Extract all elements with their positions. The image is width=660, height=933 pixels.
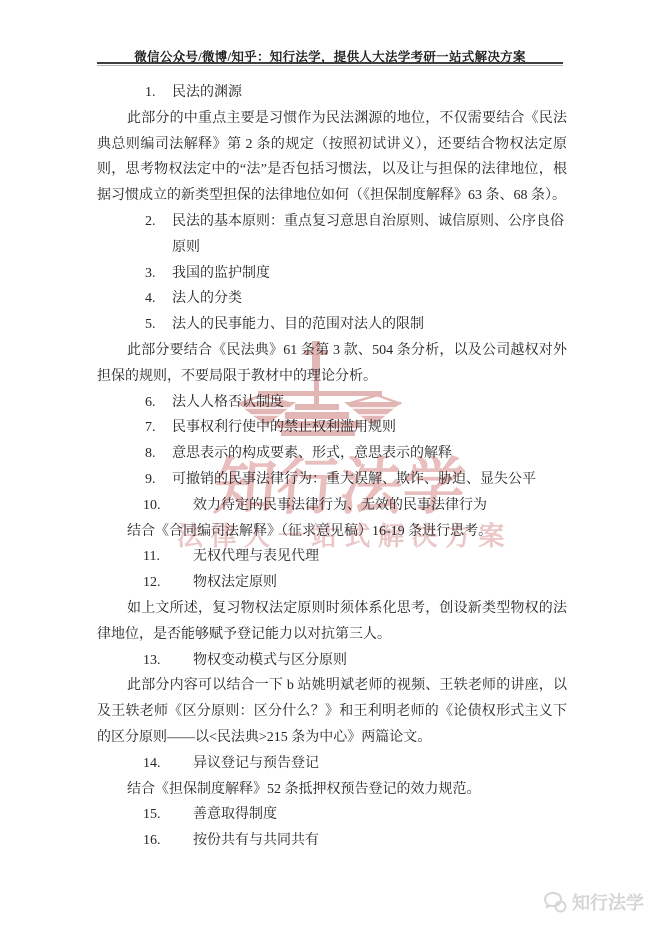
list-item: 5.法人的民事能力、目的范围对法人的限制 <box>97 312 567 338</box>
header-rule <box>97 62 563 64</box>
list-item: 10.效力待定的民事法律行为、无效的民事法律行为 <box>97 493 567 519</box>
list-text: 按份共有与共同共有 <box>193 833 319 848</box>
list-text: 法人的分类 <box>172 291 242 306</box>
chat-bubbles-icon <box>543 891 567 913</box>
list-number: 6. <box>145 390 156 416</box>
list-number: 9. <box>145 467 156 493</box>
list-number: 4. <box>145 286 156 312</box>
list-item: 7.民事权利行使中的禁止权利滥用规则 <box>97 415 567 441</box>
list-number: 13. <box>143 648 161 674</box>
list-item: 15.善意取得制度 <box>97 802 567 828</box>
list-item: 16.按份共有与共同共有 <box>97 828 567 854</box>
list-number: 2. <box>145 209 156 235</box>
list-text: 效力待定的民事法律行为、无效的民事法律行为 <box>193 498 487 513</box>
list-item: 9.可撤销的民事法律行为：重大误解、欺诈、胁迫、显失公平 <box>97 467 567 493</box>
list-text: 民法的基本原则：重点复习意思自治原则、诚信原则、公序良俗原则 <box>172 214 564 255</box>
list-text: 法人人格否认制度 <box>172 395 284 410</box>
paragraph: 结合《合同编司法解释》（征求意见稿）16-19 条进行思考。 <box>97 519 567 545</box>
list-item: 8.意思表示的构成要素、形式，意思表示的解释 <box>97 441 567 467</box>
list-number: 10. <box>143 493 161 519</box>
footer-brand-text: 知行法学 <box>572 889 644 915</box>
list-text: 善意取得制度 <box>193 807 277 822</box>
list-number: 1. <box>145 80 156 106</box>
list-number: 15. <box>143 802 161 828</box>
paragraph: 此部分要结合《民法典》61 条第 3 款、504 条分析，以及公司越权对外担保的… <box>97 338 567 390</box>
list-number: 14. <box>143 751 161 777</box>
paragraph: 如上文所述，复习物权法定原则时须体系化思考，创设新类型物权的法律地位，是否能够赋… <box>97 596 567 648</box>
list-item: 2.民法的基本原则：重点复习意思自治原则、诚信原则、公序良俗原则 <box>97 209 567 261</box>
list-item: 1.民法的渊源 <box>97 80 567 106</box>
list-text: 法人的民事能力、目的范围对法人的限制 <box>172 317 424 332</box>
list-text: 物权变动模式与区分原则 <box>193 653 347 668</box>
document-page: 知行法学 法律人一站式解决方案 微信公众号/微博/知乎：知行法学，提供人大法学考… <box>0 0 660 933</box>
list-text: 物权法定原则 <box>193 575 277 590</box>
list-text: 我国的监护制度 <box>172 266 270 281</box>
list-text: 民法的渊源 <box>172 85 242 100</box>
footer-logo: 知行法学 <box>543 889 644 915</box>
list-text: 可撤销的民事法律行为：重大误解、欺诈、胁迫、显失公平 <box>172 472 536 487</box>
list-item: 11.无权代理与表见代理 <box>97 544 567 570</box>
list-item: 3.我国的监护制度 <box>97 261 567 287</box>
list-text: 民事权利行使中的禁止权利滥用规则 <box>172 420 396 435</box>
list-item: 4.法人的分类 <box>97 286 567 312</box>
list-item: 13.物权变动模式与区分原则 <box>97 648 567 674</box>
list-number: 8. <box>145 441 156 467</box>
list-number: 5. <box>145 312 156 338</box>
list-item: 6.法人人格否认制度 <box>97 390 567 416</box>
paragraph: 结合《担保制度解释》52 条抵押权预告登记的效力规范。 <box>97 777 567 803</box>
list-text: 无权代理与表见代理 <box>193 549 319 564</box>
list-number: 16. <box>143 828 161 854</box>
list-number: 11. <box>143 544 160 570</box>
list-number: 3. <box>145 261 156 287</box>
list-text: 意思表示的构成要素、形式，意思表示的解释 <box>172 446 452 461</box>
paragraph: 此部分的中重点主要是习惯作为民法渊源的地位，不仅需要结合《民法典总则编司法解释》… <box>97 106 567 209</box>
list-text: 异议登记与预告登记 <box>193 756 319 771</box>
list-number: 12. <box>143 570 161 596</box>
list-item: 14.异议登记与预告登记 <box>97 751 567 777</box>
paragraph: 此部分内容可以结合一下 b 站姚明斌老师的视频、王轶老师的讲座，以及王轶老师《区… <box>97 673 567 750</box>
document-body: 1.民法的渊源此部分的中重点主要是习惯作为民法渊源的地位，不仅需要结合《民法典总… <box>97 80 567 854</box>
list-number: 7. <box>145 415 156 441</box>
list-item: 12.物权法定原则 <box>97 570 567 596</box>
